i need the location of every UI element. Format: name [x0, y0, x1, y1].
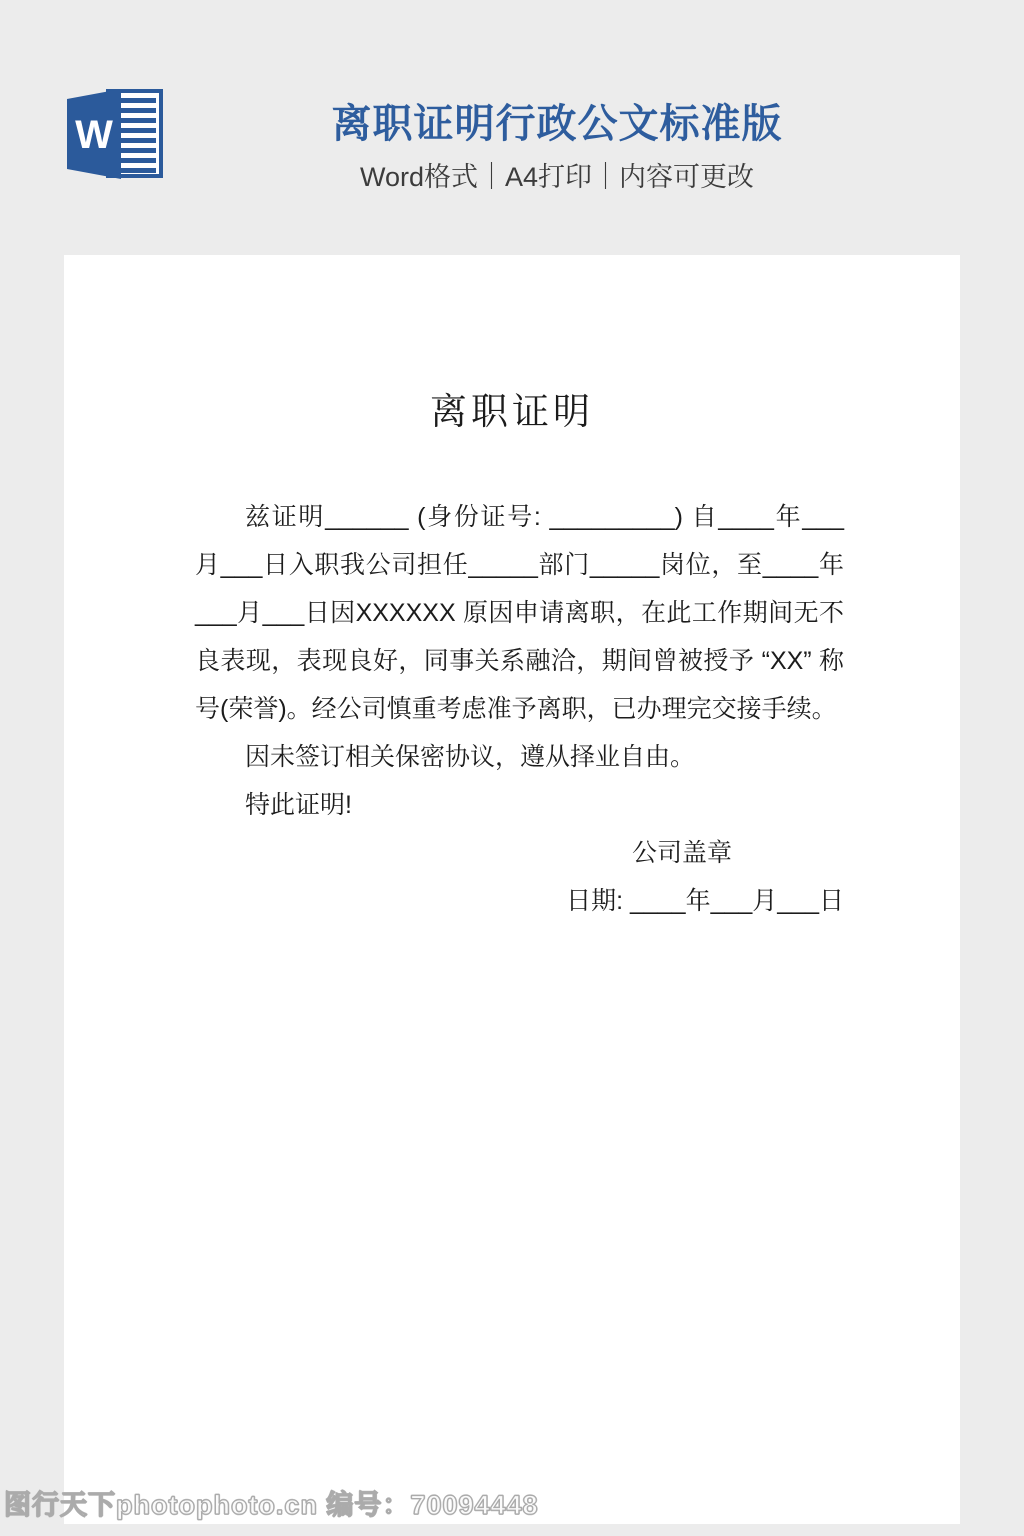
- word-icon-flap: W: [67, 89, 121, 179]
- header: W 离职证明行政公文标准版 Word格式｜A4打印｜内容可更改: [0, 0, 1024, 230]
- document-body: 兹证明______ (身份证号: _________) 自____年___月__…: [195, 493, 844, 829]
- word-file-icon: W: [62, 86, 166, 182]
- template-subtitle: Word格式｜A4打印｜内容可更改: [360, 155, 754, 194]
- document-paragraph: 特此证明!: [195, 781, 844, 829]
- document-paragraph: 因未签订相关保密协议，遵从择业自由。: [195, 733, 844, 781]
- site-watermark: 图行天下photophoto.cn 编号：70094448: [4, 1483, 539, 1522]
- date-line: 日期: ____年___月___日: [195, 877, 844, 925]
- signoff-block: 公司盖章 日期: ____年___月___日: [195, 829, 844, 925]
- template-title: 离职证明行政公文标准版: [332, 92, 783, 149]
- document-paragraph: 兹证明______ (身份证号: _________) 自____年___月__…: [195, 493, 844, 733]
- company-seal-label: 公司盖章: [195, 829, 732, 877]
- word-icon-letter: W: [75, 113, 113, 157]
- document-title: 离职证明: [64, 381, 960, 435]
- document-preview-sheet: 离职证明 兹证明______ (身份证号: _________) 自____年_…: [64, 255, 960, 1524]
